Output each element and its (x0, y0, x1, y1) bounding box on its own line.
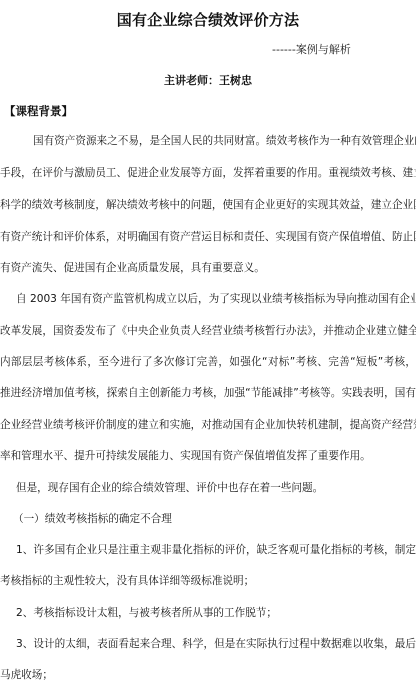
paragraph-line: 国有资产资源来之不易，是全国人民的共同财富。绩效考核作为一种有效管理企业的 (0, 134, 416, 148)
document-subtitle: ------案例与解析 (272, 41, 351, 57)
paragraph-line: 科学的绩效考核制度，解决绩效考核中的问题，使国有企业更好的实现其效益，建立企业国 (0, 198, 416, 212)
paragraph-line: 改革发展，国资委发布了《中央企业负责人经营业绩考核暂行办法》，并推动企业建立健全 (0, 324, 416, 338)
paragraph-line: 率和管理水平、提升可持续发展能力、实现国有资产保值增值发挥了重要作用。 (0, 449, 416, 463)
paragraph-line: 推进经济增加值考核，探索自主创新能力考核，加强“节能减排”考核等。实践表明，国有 (0, 386, 416, 400)
list-item: 3、设计的太细，表面看起来合理、科学，但是在实际执行过程中数据难以收集，最后 (0, 637, 416, 651)
paragraph-line: 有资产流失、促进国有企业高质量发展，具有重要意义。 (0, 261, 416, 275)
lecturer-name: 主讲老师：王树忠 (0, 72, 416, 88)
paragraph-line: 手段，在评价与激励员工、促进企业发展等方面，发挥着重要的作用。重视绩效考核、建立 (0, 166, 416, 180)
section-heading-course-background: 【课程背景】 (4, 103, 73, 119)
paragraph-line: 自 2003 年国有资产监管机构成立以后，为了实现以业绩考核指标为导向推动国有企… (0, 292, 416, 306)
subsection-heading: （一）绩效考核指标的确定不合理 (13, 512, 416, 526)
list-item: 2、考核指标设计太粗，与被考核者所从事的工作脱节； (16, 606, 416, 620)
paragraph-line: 企业经营业绩考核评价制度的建立和实施，对推动国有企业加快转机建制，提高资产经营效 (0, 418, 416, 432)
list-item-continuation: 考核指标的主观性较大，没有具体详细等级标准说明； (0, 574, 416, 588)
list-item: 1、许多国有企业只是注重主观非量化指标的评价，缺乏客观可量化指标的考核，制定 (0, 543, 416, 557)
paragraph-line: 但是，现存国有企业的综合绩效管理、评价中也存在着一些问题。 (16, 481, 416, 495)
document-title: 国有企业综合绩效评价方法 (0, 9, 416, 30)
paragraph-line: 内部层层考核体系，至今进行了多次修订完善，如强化“对标”考核、完善“短板”考核， (0, 355, 416, 369)
paragraph-line: 有资产统计和评价体系，对明确国有资产营运目标和责任、实现国有资产保值增值、防止国 (0, 230, 416, 244)
list-item-continuation: 马虎收场； (0, 668, 416, 682)
